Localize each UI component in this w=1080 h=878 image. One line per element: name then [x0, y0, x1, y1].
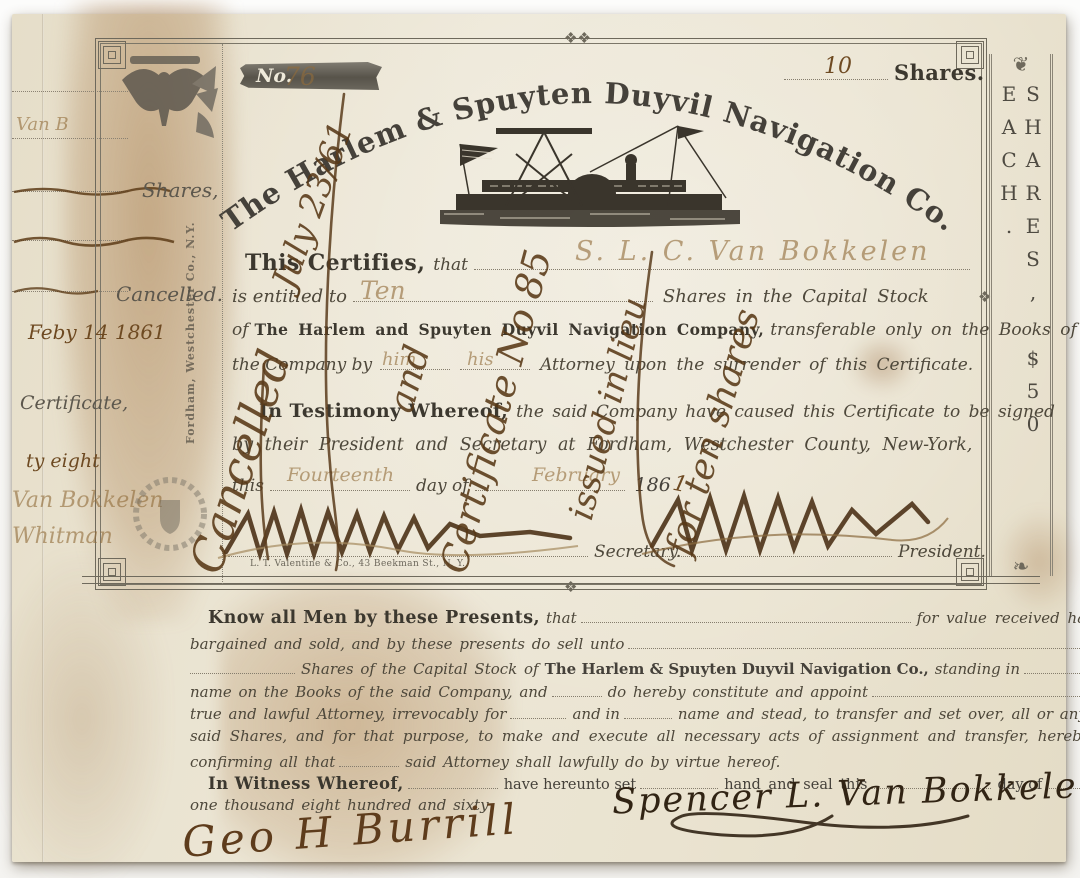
tr-attorney-pre: true and lawful Attorney, irrevocably fo… — [190, 705, 506, 723]
books-blank-2 — [872, 682, 1080, 697]
stock-post: standing in — [935, 660, 1020, 678]
scroll-ornament-top: ❦ — [1013, 54, 1030, 74]
tr-attorney-blank-2 — [624, 704, 672, 719]
transfer-sold-line: bargained and sold, and by these present… — [190, 634, 1080, 653]
sold-blank — [628, 634, 1080, 649]
transfer-confirm-line: confirming all that said Attorney shall … — [190, 752, 780, 771]
certifies-that: that — [433, 255, 468, 275]
confirm-pre: confirming all that — [190, 753, 335, 771]
confirm-post: said Attorney shall lawfully do by virtu… — [405, 753, 780, 771]
company-line-post: transferable only on the Books of — [770, 320, 1077, 340]
water-stain-bottom-left — [0, 554, 167, 878]
company-line: of The Harlem and Spuyten Duyvil Navigat… — [232, 320, 1077, 340]
know-rest: for value received have — [917, 609, 1080, 627]
stub-date-handwriting: Feby 14 1861 — [28, 320, 166, 344]
witness-lead: In Witness Whereof, — [208, 774, 404, 793]
shares-amount-handwritten: Ten — [360, 276, 406, 305]
know-that: that — [546, 609, 577, 627]
bottom-rule-2 — [82, 583, 1040, 584]
stock-blank-2 — [1024, 659, 1080, 674]
stub-cancelled-label: Cancelled. — [116, 282, 223, 306]
entitled-rest: Shares in the Capital Stock — [663, 286, 929, 307]
stub-handwriting-1: ty eight — [26, 450, 100, 472]
scroll-ornament-bottom: ❧ — [1013, 556, 1030, 576]
stock-company: The Harlem & Spuyten Duyvil Navigation C… — [545, 660, 929, 678]
transfer-ratify-line: said Shares, and for that purpose, to ma… — [190, 727, 1080, 745]
certifies-line: This Certifies, that S. L. C. Van Bokkel… — [245, 250, 970, 276]
side-panel-text: SHARES, $50 EACH. — [997, 82, 1045, 556]
tr-attorney-post: name and stead, to transfer and set over… — [678, 705, 1080, 723]
signature-flourish — [612, 810, 992, 846]
company-line-pre: of — [232, 320, 249, 340]
stub-faint-script: Van B — [16, 114, 69, 135]
witness-blank-1 — [408, 774, 498, 789]
stub-fold-crease — [42, 14, 44, 862]
know-blank — [581, 608, 911, 623]
scan-background: Van B ❖❖ ❖ ❖ Shares, Ca — [0, 0, 1080, 878]
know-lead: Know all Men by these Presents, — [208, 608, 540, 628]
stock-pre: Shares of the Capital Stock of — [301, 660, 539, 678]
entitled-line: is entitled to Ten Shares in the Capital… — [232, 286, 929, 307]
transfer-books-line: name on the Books of the said Company, a… — [190, 682, 1080, 701]
books-post: do hereby constitute and appoint — [608, 683, 868, 701]
books-pre: name on the Books of the said Company, a… — [190, 683, 548, 701]
side-panel-shares-50: ❦ SHARES, $50 EACH. ❧ — [989, 54, 1053, 576]
stub-handwriting-3: Whitman — [12, 524, 113, 549]
testimony-line: In Testimony Whereof, the said Company h… — [259, 400, 1055, 422]
tr-attorney-mid: and in — [572, 705, 619, 723]
steamship-engraving — [440, 114, 740, 232]
transfer-stock-line: Shares of the Capital Stock of The Harle… — [190, 659, 1080, 678]
holder-name-handwritten: S. L. C. Van Bokkelen — [575, 236, 931, 267]
stock-blank-1 — [190, 659, 295, 674]
tr-attorney-blank-1 — [510, 704, 566, 719]
sold-text: bargained and sold, and by these present… — [190, 635, 624, 653]
stub-certificate-label: Certificate, — [20, 392, 128, 414]
confirm-blank — [339, 752, 399, 767]
stub-vertical-town-text: Fordham, Westchester Co., N.Y. — [184, 221, 197, 444]
corner-ornament-bottom-right — [956, 558, 984, 586]
certificate-paper: Van B ❖❖ ❖ ❖ Shares, Ca — [12, 14, 1066, 862]
books-blank-1 — [552, 682, 602, 697]
transfer-know-line: Know all Men by these Presents, that for… — [208, 608, 1080, 628]
transfer-attorney-line: true and lawful Attorney, irrevocably fo… — [190, 704, 1080, 723]
